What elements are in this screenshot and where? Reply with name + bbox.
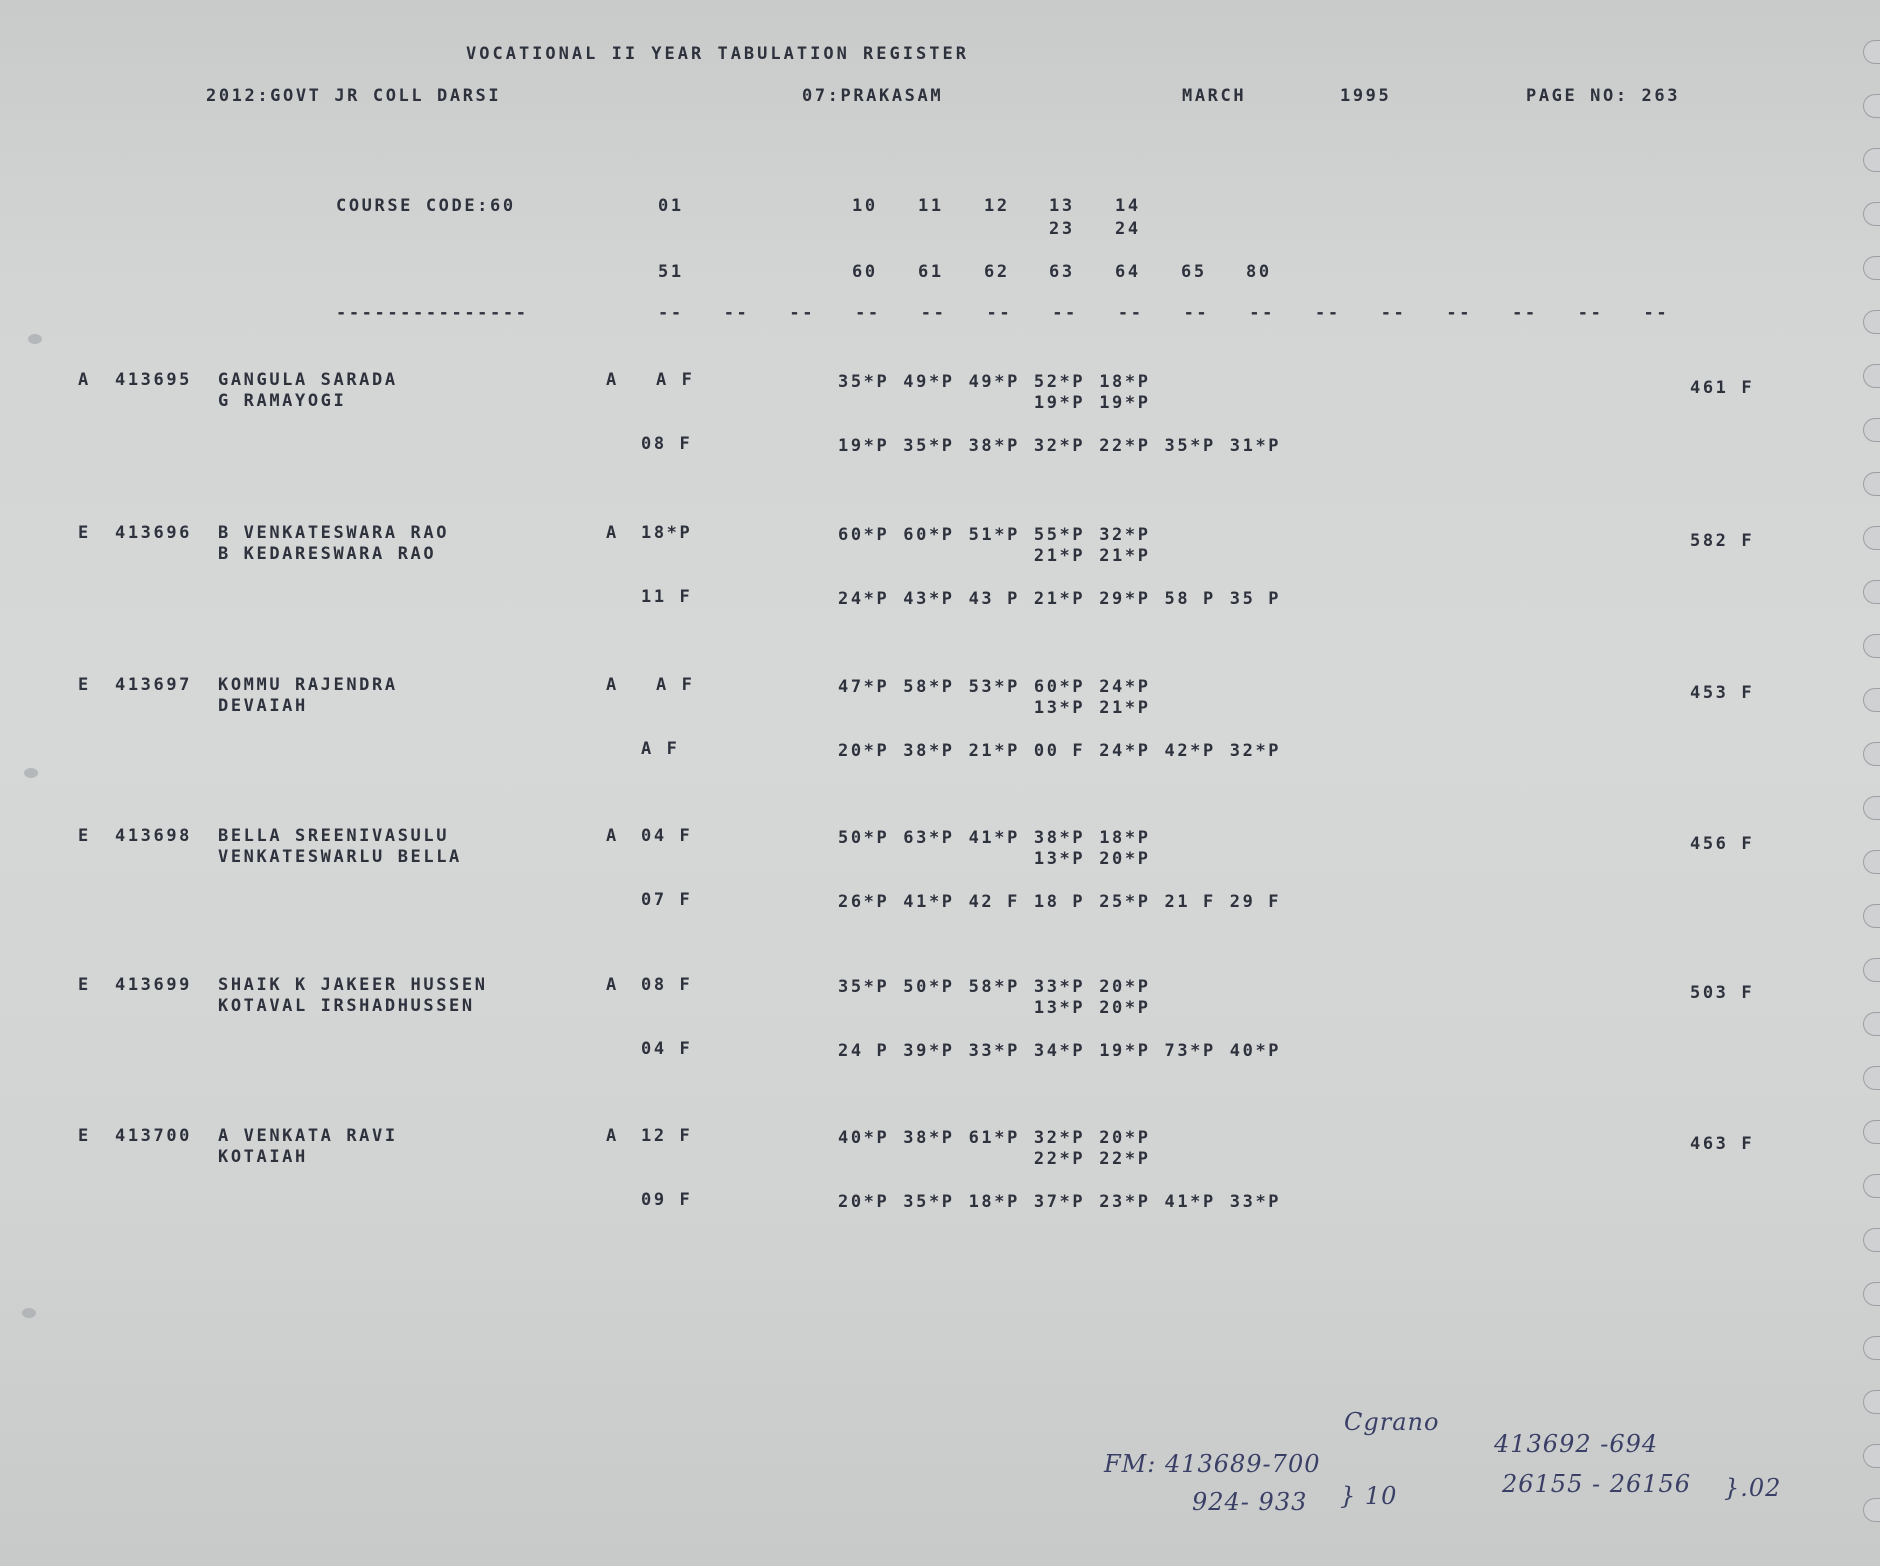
subject-mark: 32*P bbox=[1099, 525, 1150, 545]
part2-result: 11 F bbox=[641, 587, 692, 607]
subject-mark: 21*P bbox=[1034, 546, 1085, 566]
punch-hole bbox=[1863, 688, 1880, 712]
student-category: E bbox=[78, 826, 91, 846]
subject-mark: 60*P bbox=[838, 525, 889, 545]
exam-month: MARCH bbox=[1182, 86, 1246, 106]
separator-dash: -- bbox=[724, 303, 750, 323]
handwritten-range-1: 413692 -694 bbox=[1494, 1430, 1658, 1458]
student-father-name: B KEDARESWARA RAO bbox=[218, 544, 436, 564]
part1-result: A F bbox=[656, 675, 695, 695]
student-father-name: KOTAIAH bbox=[218, 1147, 308, 1167]
handwritten-count-fm: } 10 bbox=[1340, 1482, 1397, 1510]
part1-result: 18*P bbox=[641, 523, 692, 543]
student-category: E bbox=[78, 975, 91, 995]
column-code: 10 bbox=[852, 196, 878, 216]
punch-hole bbox=[1863, 1336, 1880, 1360]
exam-year: 1995 bbox=[1340, 86, 1391, 106]
punch-hole bbox=[1863, 310, 1880, 334]
subject-mark: 26*P bbox=[838, 892, 889, 912]
subject-mark: 58*P bbox=[969, 977, 1020, 997]
student-flag: A bbox=[606, 826, 619, 846]
subject-mark: 18*P bbox=[1099, 828, 1150, 848]
separator-dash: -- bbox=[1644, 303, 1670, 323]
column-code: 61 bbox=[918, 262, 944, 282]
handwritten-count-top: }.02 bbox=[1724, 1474, 1781, 1502]
separator-dash: -- bbox=[1512, 303, 1538, 323]
punch-hole bbox=[1863, 1066, 1880, 1090]
grand-total: 463 F bbox=[1690, 1134, 1754, 1154]
student-flag: A bbox=[606, 370, 619, 390]
subject-mark: 35*P bbox=[838, 372, 889, 392]
subject-mark: 33*P bbox=[1230, 1192, 1281, 1212]
subject-mark: 58 P bbox=[1165, 589, 1216, 609]
subject-mark: 63*P bbox=[903, 828, 954, 848]
subject-mark: 19*P bbox=[1034, 393, 1085, 413]
subject-mark: 55*P bbox=[1034, 525, 1085, 545]
column-code: 12 bbox=[984, 196, 1010, 216]
separator-dash: -- bbox=[1446, 303, 1472, 323]
grand-total: 456 F bbox=[1690, 834, 1754, 854]
punch-hole bbox=[1863, 256, 1880, 280]
punch-hole bbox=[1863, 796, 1880, 820]
column-code: 24 bbox=[1115, 219, 1141, 239]
student-name: B VENKATESWARA RAO bbox=[218, 523, 449, 543]
student-father-name: G RAMAYOGI bbox=[218, 391, 346, 411]
subject-mark: 22*P bbox=[1099, 1149, 1150, 1169]
column-code: 62 bbox=[984, 262, 1010, 282]
separator-dash: -- bbox=[921, 303, 947, 323]
separator-dash: -- bbox=[789, 303, 815, 323]
register-title: VOCATIONAL II YEAR TABULATION REGISTER bbox=[466, 44, 969, 64]
punch-hole bbox=[1863, 1012, 1880, 1036]
column-code: 51 bbox=[658, 262, 684, 282]
subject-mark: 20*P bbox=[838, 1192, 889, 1212]
subject-mark: 21*P bbox=[1099, 698, 1150, 718]
subject-mark: 19*P bbox=[1099, 393, 1150, 413]
punch-hole bbox=[1863, 418, 1880, 442]
subject-mark: 18*P bbox=[969, 1192, 1020, 1212]
column-code: 01 bbox=[658, 196, 684, 216]
student-reg-no: 413700 bbox=[115, 1126, 192, 1146]
column-code: 13 bbox=[1049, 196, 1075, 216]
student-reg-no: 413695 bbox=[115, 370, 192, 390]
handwritten-label: Cgrano bbox=[1344, 1408, 1439, 1436]
column-code: 80 bbox=[1246, 262, 1272, 282]
punch-hole bbox=[1863, 850, 1880, 874]
subject-mark: 18*P bbox=[1099, 372, 1150, 392]
punch-hole bbox=[1863, 526, 1880, 550]
subject-mark: 42*P bbox=[1165, 741, 1216, 761]
subject-mark: 32*P bbox=[1230, 741, 1281, 761]
subject-mark: 22*P bbox=[1034, 1149, 1085, 1169]
subject-mark: 13*P bbox=[1034, 998, 1085, 1018]
student-reg-no: 413699 bbox=[115, 975, 192, 995]
column-code: 60 bbox=[852, 262, 878, 282]
part2-result: 08 F bbox=[641, 434, 692, 454]
student-name: KOMMU RAJENDRA bbox=[218, 675, 398, 695]
subject-mark: 20*P bbox=[838, 741, 889, 761]
student-category: E bbox=[78, 675, 91, 695]
part2-result: 04 F bbox=[641, 1039, 692, 1059]
part2-result: 09 F bbox=[641, 1190, 692, 1210]
student-reg-no: 413696 bbox=[115, 523, 192, 543]
column-code: 14 bbox=[1115, 196, 1141, 216]
part1-result: 12 F bbox=[641, 1126, 692, 1146]
subject-mark: 47*P bbox=[838, 677, 889, 697]
subject-mark: 37*P bbox=[1034, 1192, 1085, 1212]
subject-mark: 51*P bbox=[969, 525, 1020, 545]
district-name: 07:PRAKASAM bbox=[802, 86, 943, 106]
grand-total: 503 F bbox=[1690, 983, 1754, 1003]
subject-mark: 42 F bbox=[969, 892, 1020, 912]
punch-hole bbox=[1863, 1282, 1880, 1306]
subject-mark: 24*P bbox=[838, 589, 889, 609]
subject-mark: 25*P bbox=[1099, 892, 1150, 912]
student-name: GANGULA SARADA bbox=[218, 370, 398, 390]
column-code: 63 bbox=[1049, 262, 1075, 282]
subject-mark: 43 P bbox=[969, 589, 1020, 609]
page-label: PAGE NO: bbox=[1526, 86, 1629, 106]
subject-mark: 40*P bbox=[838, 1128, 889, 1148]
student-flag: A bbox=[606, 1126, 619, 1146]
subject-mark: 20*P bbox=[1099, 1128, 1150, 1148]
subject-mark: 35*P bbox=[1165, 436, 1216, 456]
punch-hole bbox=[1863, 148, 1880, 172]
subject-mark: 29*P bbox=[1099, 589, 1150, 609]
subject-mark: 58*P bbox=[903, 677, 954, 697]
student-flag: A bbox=[606, 675, 619, 695]
subject-mark: 43*P bbox=[903, 589, 954, 609]
separator-dash: -- bbox=[987, 303, 1013, 323]
subject-mark: 13*P bbox=[1034, 849, 1085, 869]
punch-hole bbox=[1863, 904, 1880, 928]
subject-mark: 60*P bbox=[903, 525, 954, 545]
paper-mark bbox=[22, 1308, 36, 1318]
subject-mark: 38*P bbox=[903, 741, 954, 761]
student-category: E bbox=[78, 523, 91, 543]
subject-mark: 21*P bbox=[1099, 546, 1150, 566]
column-code: 65 bbox=[1181, 262, 1207, 282]
punch-hole bbox=[1863, 1120, 1880, 1144]
subject-mark: 20*P bbox=[1099, 998, 1150, 1018]
handwritten-fm-2: 924- 933 bbox=[1192, 1488, 1307, 1516]
subject-mark: 20*P bbox=[1099, 977, 1150, 997]
subject-mark: 19*P bbox=[838, 436, 889, 456]
separator-long: --------------- bbox=[336, 303, 529, 323]
punch-hole bbox=[1863, 1444, 1880, 1468]
subject-mark: 50*P bbox=[838, 828, 889, 848]
subject-mark: 40*P bbox=[1230, 1041, 1281, 1061]
punch-hole bbox=[1863, 580, 1880, 604]
subject-mark: 53*P bbox=[969, 677, 1020, 697]
separator-dash: -- bbox=[1184, 303, 1210, 323]
subject-mark: 49*P bbox=[903, 372, 954, 392]
subject-mark: 24*P bbox=[1099, 741, 1150, 761]
column-code: 64 bbox=[1115, 262, 1141, 282]
column-code: 11 bbox=[918, 196, 944, 216]
part1-result: 04 F bbox=[641, 826, 692, 846]
punch-hole bbox=[1863, 742, 1880, 766]
student-flag: A bbox=[606, 523, 619, 543]
subject-mark: 39*P bbox=[903, 1041, 954, 1061]
punch-hole bbox=[1863, 94, 1880, 118]
subject-mark: 60*P bbox=[1034, 677, 1085, 697]
subject-mark: 21 F bbox=[1165, 892, 1216, 912]
subject-mark: 38*P bbox=[903, 1128, 954, 1148]
punch-hole bbox=[1863, 1228, 1880, 1252]
separator-dash: -- bbox=[658, 303, 684, 323]
separator-dash: -- bbox=[1578, 303, 1604, 323]
punch-hole bbox=[1863, 634, 1880, 658]
subject-mark: 31*P bbox=[1230, 436, 1281, 456]
subject-mark: 49*P bbox=[969, 372, 1020, 392]
student-category: E bbox=[78, 1126, 91, 1146]
column-code: 23 bbox=[1049, 219, 1075, 239]
subject-mark: 73*P bbox=[1165, 1041, 1216, 1061]
separator-dash: -- bbox=[1052, 303, 1078, 323]
college-name: 2012:GOVT JR COLL DARSI bbox=[206, 86, 501, 106]
student-name: A VENKATA RAVI bbox=[218, 1126, 398, 1146]
subject-mark: 35*P bbox=[838, 977, 889, 997]
grand-total: 461 F bbox=[1690, 378, 1754, 398]
subject-mark: 52*P bbox=[1034, 372, 1085, 392]
punch-hole bbox=[1863, 1498, 1880, 1522]
course-code: COURSE CODE:60 bbox=[336, 196, 516, 216]
subject-mark: 21*P bbox=[969, 741, 1020, 761]
part2-result: A F bbox=[641, 739, 680, 759]
student-reg-no: 413697 bbox=[115, 675, 192, 695]
grand-total: 582 F bbox=[1690, 531, 1754, 551]
student-flag: A bbox=[606, 975, 619, 995]
punch-hole bbox=[1863, 202, 1880, 226]
handwritten-fm-1: FM: 413689-700 bbox=[1104, 1450, 1320, 1478]
separator-dash: -- bbox=[855, 303, 881, 323]
student-father-name: KOTAVAL IRSHADHUSSEN bbox=[218, 996, 475, 1016]
subject-mark: 35*P bbox=[903, 1192, 954, 1212]
subject-mark: 41*P bbox=[969, 828, 1020, 848]
subject-mark: 20*P bbox=[1099, 849, 1150, 869]
subject-mark: 13*P bbox=[1034, 698, 1085, 718]
subject-mark: 38*P bbox=[1034, 828, 1085, 848]
part2-result: 07 F bbox=[641, 890, 692, 910]
subject-mark: 50*P bbox=[903, 977, 954, 997]
student-name: SHAIK K JAKEER HUSSEN bbox=[218, 975, 488, 995]
part1-result: 08 F bbox=[641, 975, 692, 995]
subject-mark: 18 P bbox=[1034, 892, 1085, 912]
grand-total: 453 F bbox=[1690, 683, 1754, 703]
subject-mark: 33*P bbox=[969, 1041, 1020, 1061]
separator-dash: -- bbox=[1118, 303, 1144, 323]
page-value: 263 bbox=[1642, 86, 1681, 106]
student-category: A bbox=[78, 370, 91, 390]
separator-dash: -- bbox=[1315, 303, 1341, 323]
part1-result: A F bbox=[656, 370, 695, 390]
subject-mark: 38*P bbox=[969, 436, 1020, 456]
subject-mark: 19*P bbox=[1099, 1041, 1150, 1061]
paper-mark bbox=[24, 768, 38, 778]
paper-mark bbox=[28, 334, 42, 344]
subject-mark: 32*P bbox=[1034, 1128, 1085, 1148]
punch-hole bbox=[1863, 40, 1880, 64]
handwritten-range-2: 26155 - 26156 bbox=[1502, 1470, 1691, 1498]
punch-hole bbox=[1863, 472, 1880, 496]
punch-hole bbox=[1863, 1390, 1880, 1414]
subject-mark: 33*P bbox=[1034, 977, 1085, 997]
student-reg-no: 413698 bbox=[115, 826, 192, 846]
punch-hole bbox=[1863, 364, 1880, 388]
punch-hole bbox=[1863, 1174, 1880, 1198]
subject-mark: 23*P bbox=[1099, 1192, 1150, 1212]
punch-hole bbox=[1863, 958, 1880, 982]
subject-mark: 24 P bbox=[838, 1041, 889, 1061]
student-father-name: DEVAIAH bbox=[218, 696, 308, 716]
subject-mark: 22*P bbox=[1099, 436, 1150, 456]
subject-mark: 35 P bbox=[1230, 589, 1281, 609]
subject-mark: 24*P bbox=[1099, 677, 1150, 697]
student-father-name: VENKATESWARLU BELLA bbox=[218, 847, 462, 867]
subject-mark: 41*P bbox=[903, 892, 954, 912]
student-name: BELLA SREENIVASULU bbox=[218, 826, 449, 846]
subject-mark: 34*P bbox=[1034, 1041, 1085, 1061]
subject-mark: 61*P bbox=[969, 1128, 1020, 1148]
subject-mark: 35*P bbox=[903, 436, 954, 456]
subject-mark: 29 F bbox=[1230, 892, 1281, 912]
subject-mark: 32*P bbox=[1034, 436, 1085, 456]
separator-dash: -- bbox=[1249, 303, 1275, 323]
subject-mark: 41*P bbox=[1165, 1192, 1216, 1212]
separator-dash: -- bbox=[1381, 303, 1407, 323]
page-number: PAGE NO: 263 bbox=[1526, 86, 1680, 106]
subject-mark: 00 F bbox=[1034, 741, 1085, 761]
subject-mark: 21*P bbox=[1034, 589, 1085, 609]
